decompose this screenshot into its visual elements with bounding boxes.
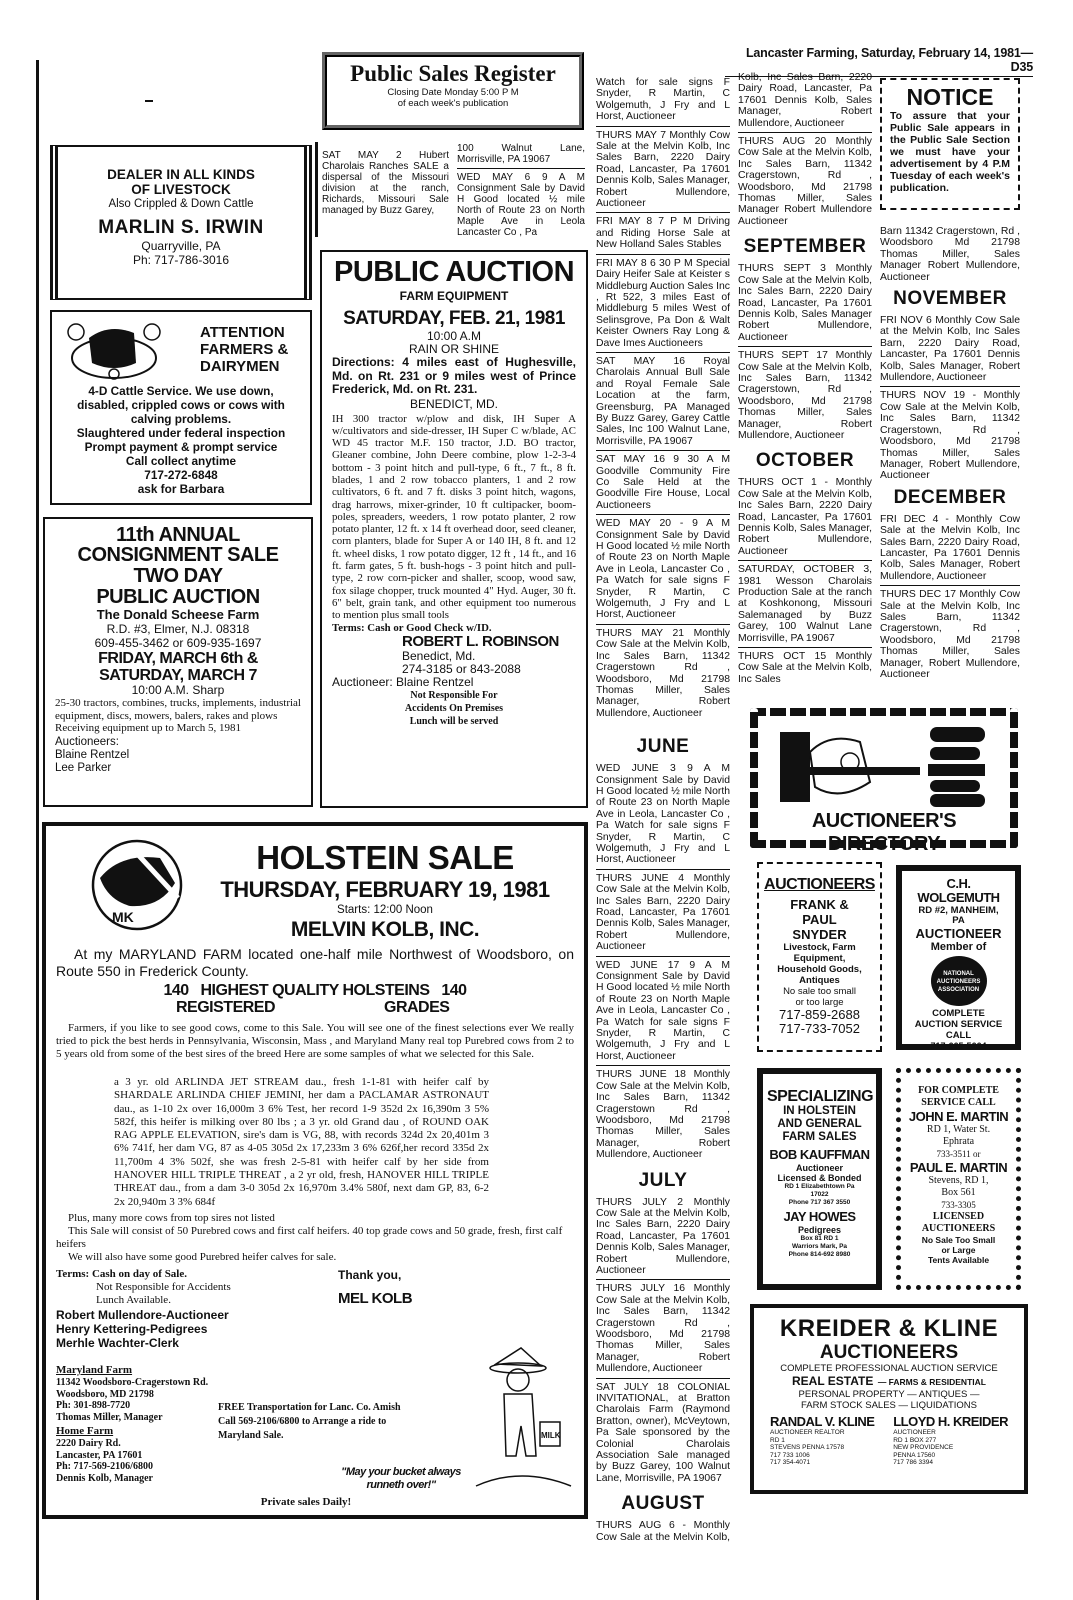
border-left	[750, 708, 758, 848]
page-left-rule	[36, 60, 39, 1600]
snyder-body-3: Antiques	[763, 975, 876, 986]
martin-name2: PAUL E. MARTIN	[905, 1160, 1012, 1175]
svg-text:MK: MK	[112, 909, 134, 925]
kk-sub: AUCTIONEERS	[762, 1342, 1016, 1363]
fe-h1: PUBLIC AUCTION	[332, 256, 576, 288]
kk-right-1: RD 1 BOX 277	[893, 1437, 1008, 1445]
register-closing-sub: of each week's publication	[327, 98, 579, 109]
irwin-name: MARLIN S. IRWIN	[72, 217, 290, 239]
directory-title: AUCTIONEER'S DIRECTORY	[760, 810, 1008, 856]
kauffman-h4: FARM SALES	[767, 1131, 872, 1144]
martin-lic1: LICENSED	[905, 1211, 1012, 1223]
irwin-phone: Ph: 717-786-3016	[72, 253, 290, 267]
month-heading-july: JULY	[596, 1164, 730, 1194]
snyder-n2: PAUL	[763, 912, 876, 927]
holstein-grades: GRADES	[384, 999, 449, 1017]
martin-phone2: 733-3305	[905, 1199, 1012, 1211]
register-entry: THURS MAY 7 Monthly Cow Sale at the Melv…	[596, 127, 730, 214]
kk-line2a: REAL ESTATE	[792, 1374, 873, 1388]
holstein-title: HOLSTEIN SALE	[196, 840, 574, 876]
consign-items: 25-30 tractors, combines, trucks, implem…	[55, 697, 301, 722]
kk-right-3: PENNA 17560	[893, 1452, 1008, 1460]
fe-items: IH 300 tractor w/plow and disk, IH Super…	[332, 413, 576, 622]
register-entry: FRI DEC 4 - Monthly Cow Sale at the Melv…	[880, 511, 1020, 586]
wolgemuth-addr2: PA	[906, 916, 1011, 926]
ad-martin-auctioneers: FOR COMPLETE SERVICE CALL JOHN E. MARTIN…	[896, 1068, 1021, 1290]
wolgemuth-c2: AUCTION SERVICE	[906, 1019, 1011, 1030]
register-title-box: Public Sales Register Closing Date Monda…	[322, 52, 584, 130]
holstein-private: Private sales Daily!	[226, 1496, 386, 1508]
consign-auct2: Lee Parker	[55, 762, 301, 775]
home-farm-label: Home Farm	[56, 1425, 208, 1438]
md-farm-2: Ph: 301-898-7720	[56, 1400, 208, 1412]
consign-receiving: Receiving equipment up to March 5, 1981	[55, 722, 301, 735]
consign-h1: 11th ANNUAL	[55, 525, 301, 545]
ad-snyder-auctioneers: AUCTIONEERS FRANK & PAUL SNYDER Livestoc…	[757, 862, 882, 1052]
fe-directions: Directions: 4 miles east of Hughesville,…	[332, 356, 576, 397]
holstein-quote: "May your bucket always runneth over!"	[336, 1466, 466, 1492]
register-entry: THURS OCT 1 - Monthly Cow Sale at the Me…	[738, 474, 872, 561]
holstein-company: MELVIN KOLB, INC.	[196, 918, 574, 942]
register-column-4: Kolb, Inc Sales Barn, 2220 Dairy Road, L…	[738, 72, 872, 688]
border-top	[750, 708, 1018, 716]
home-farm-3: Dennis Kolb, Manager	[56, 1473, 208, 1485]
martin-h1: FOR COMPLETE	[905, 1085, 1012, 1097]
holstein-staff-0: Robert Mullendore-Auctioneer	[56, 1308, 229, 1322]
irwin-city: Quarryville, PA	[72, 239, 290, 253]
holstein-intro: Farmers, if you like to see good cows, c…	[56, 1022, 574, 1061]
md-farm-3: Thomas Miller, Manager	[56, 1412, 208, 1424]
register-closing: Closing Date Monday 5:00 P M	[327, 87, 579, 98]
holstein-samples: a 3 yr. old ARLINDA JET STREAM dau., fre…	[114, 1076, 489, 1209]
register-entry: THURS SEPT 17 Monthly Cow Sale at the Me…	[738, 347, 872, 444]
consign-h3: TWO DAY	[55, 566, 301, 587]
kauffman-phone2: Phone 814-692 8980	[767, 1251, 872, 1259]
snyder-heading: AUCTIONEERS	[763, 876, 876, 894]
kk-left-3: 717 733 1006	[770, 1452, 874, 1460]
kk-right-name: LLOYD H. KREIDER	[893, 1414, 1008, 1429]
month-heading-november: NOVEMBER	[880, 286, 1020, 312]
md-farm-1: Woodsboro, MD 21798	[56, 1389, 208, 1401]
kauffman-name2: JAY HOWES	[767, 1209, 872, 1225]
cow-logo-icon	[64, 318, 164, 380]
register-entry: THURS JUNE 4 Monthly Cow Sale at the Mel…	[596, 870, 730, 957]
fe-h2: FARM EQUIPMENT	[332, 288, 576, 304]
kauffman-addr2: Box 81 RD 1	[767, 1235, 872, 1243]
register-entry: THURS NOV 19 - Monthly Cow Sale at the M…	[880, 387, 1020, 484]
register-entry: THURS AUG 6 - Monthly Cow Sale at the Me…	[596, 1517, 730, 1543]
month-heading-october: OCTOBER	[738, 444, 872, 474]
register-entry: Watch for sale signs F Snyder, R Martin,…	[596, 74, 730, 127]
holstein-date: THURSDAY, FEBRUARY 19, 1981	[196, 878, 574, 902]
home-farm-0: 2220 Dairy Rd.	[56, 1438, 208, 1450]
ad-kreider-kline: KREIDER & KLINE AUCTIONEERS COMPLETE PRO…	[750, 1304, 1028, 1494]
register-entry: THURS JUNE 18 Monthly Cow Sale at the Me…	[596, 1066, 730, 1163]
wolgemuth-phone: 717-665-5664	[906, 1041, 1011, 1051]
register-entry: Barn 11342 Cragerstown, Rd , Woodsboro M…	[880, 226, 1020, 286]
kauffman-name1: BOB KAUFFMAN	[767, 1147, 872, 1163]
martin-addr2: Stevens, RD 1,	[905, 1175, 1012, 1187]
consign-h2: CONSIGNMENT SALE	[55, 545, 301, 566]
irwin-line1: DEALER IN ALL KINDS	[72, 167, 290, 182]
holstein-registered: REGISTERED	[176, 999, 275, 1017]
attention-body-1: disabled, crippled cows or cows with	[56, 398, 306, 412]
kk-line3: PERSONAL PROPERTY — ANTIQUES —	[762, 1389, 1016, 1400]
martin-name1: JOHN E. MARTIN	[905, 1109, 1012, 1124]
attention-body-5: Call collect anytime	[56, 454, 306, 468]
wolgemuth-c1: COMPLETE	[906, 1008, 1011, 1019]
holstein-location: At my MARYLAND FARM located one-half mil…	[56, 946, 574, 980]
consign-auct1: Blaine Rentzel	[55, 749, 301, 762]
kauffman-phone1: Phone 717 367 3550	[767, 1199, 872, 1207]
gavel-hand-icon	[780, 722, 990, 807]
column-rule	[315, 142, 318, 237]
mk-logo-icon: MK	[90, 838, 185, 933]
snyder-body-2: Household Goods,	[763, 964, 876, 975]
md-farm-0: 11342 Woodsboro-Cragerstown Rd.	[56, 1377, 208, 1389]
consign-auct-label: Auctioneers:	[55, 736, 301, 749]
register-entry: WED JUNE 3 9 A M Consignment Sale by Dav…	[596, 760, 730, 870]
kauffman-h2: IN HOLSTEIN	[767, 1105, 872, 1118]
register-title: Public Sales Register	[327, 61, 579, 87]
fe-date: SATURDAY, FEB. 21, 1981	[332, 308, 576, 330]
ad-holstein-sale: MK HOLSTEIN SALE THURSDAY, FEBRUARY 19, …	[42, 822, 588, 1519]
register-entry: WED MAY 6 9 A M Consignment Sale by Davi…	[457, 169, 585, 241]
svg-text:MILK: MILK	[541, 1431, 561, 1440]
holstein-signature: MEL KOLB	[338, 1290, 412, 1307]
kauffman-zip1: 17022	[767, 1191, 872, 1199]
kk-right-2: NEW PROVIDENCE	[893, 1444, 1008, 1452]
snyder-n1: FRANK &	[763, 897, 876, 912]
kk-left-0: AUCTIONEER REALTOR	[770, 1429, 874, 1437]
attention-h2: FARMERS &	[200, 341, 288, 358]
martin-box2: Box 561	[905, 1187, 1012, 1199]
register-entry: THURS MAY 21 Monthly Cow Sale at the Mel…	[596, 625, 730, 722]
holstein-terms3: Lunch Available.	[56, 1294, 231, 1307]
consign-addr: R.D. #3, Elmer, N.J. 08318	[55, 622, 301, 636]
kk-left-1: RD 1	[770, 1437, 874, 1445]
kk-line2b: — FARMS & RESIDENTIAL	[878, 1377, 986, 1387]
consign-date2: SATURDAY, MARCH 7	[55, 667, 301, 684]
register-column-5: Barn 11342 Cragerstown, Rd , Woodsboro M…	[880, 226, 1020, 683]
fe-note3: Lunch will be served	[332, 715, 576, 728]
snyder-phone1: 717-859-2688	[763, 1008, 876, 1022]
consign-time: 10:00 A.M. Sharp	[55, 684, 301, 697]
border-right	[1010, 708, 1018, 848]
register-entry: SAT MAY 2 Hubert Charolais Ranches SALE …	[322, 150, 449, 216]
farmer-cartoon-icon: MILK	[466, 1346, 576, 1496]
attention-body-3: Slaughtered under federal inspection	[56, 426, 306, 440]
kk-line1: COMPLETE PROFESSIONAL AUCTION SERVICE	[762, 1363, 1016, 1374]
snyder-n3: SNYDER	[763, 927, 876, 942]
kk-title: KREIDER & KLINE	[762, 1316, 1016, 1342]
month-heading-december: DECEMBER	[880, 485, 1020, 511]
holstein-consist: This Sale will consist of 50 Purebred co…	[56, 1225, 574, 1251]
home-farm-1: Lancaster, PA 17601	[56, 1450, 208, 1462]
martin-h2: SERVICE CALL	[905, 1097, 1012, 1109]
snyder-body-0: Livestock, Farm	[763, 942, 876, 953]
fe-note2: Accidents On Premises	[332, 702, 576, 715]
ad-wolgemuth-auctioneer: C.H. WOLGEMUTH RD #2, MANHEIM, PA AUCTIO…	[896, 865, 1021, 1050]
kauffman-addr1: RD 1 Elizabethtown Pa	[767, 1183, 872, 1191]
holstein-thanks: Thank you,	[338, 1268, 401, 1282]
attention-body-7: ask for Barbara	[56, 482, 306, 496]
martin-addr1: RD 1, Water St.	[905, 1124, 1012, 1136]
irwin-line3: Also Crippled & Down Cattle	[72, 197, 290, 211]
kk-left-2: STEVENS PENNA 17578	[770, 1444, 874, 1452]
register-entry: THURS JULY 16 Monthly Cow Sale at the Me…	[596, 1280, 730, 1378]
wolgemuth-c3: CALL	[906, 1030, 1011, 1041]
register-entry: SATURDAY, OCTOBER 3, 1981 Wesson Charola…	[738, 561, 872, 648]
kauffman-h1: SPECIALIZING	[767, 1088, 872, 1105]
register-entry: THURS SEPT 3 Monthly Cow Sale at the Mel…	[738, 260, 872, 347]
kauffman-lic: Licensed & Bonded	[767, 1173, 872, 1183]
register-entry: FRI MAY 8 6 30 P M Special Dairy Heifer …	[596, 255, 730, 353]
consign-h4: PUBLIC AUCTION	[55, 587, 301, 608]
register-entry: THURS JULY 2 Monthly Cow Sale at the Mel…	[596, 1194, 730, 1281]
holstein-headline: 140 HIGHEST QUALITY HOLSTEINS 140	[56, 982, 574, 999]
ad-public-auction-farm-equipment: PUBLIC AUCTION FARM EQUIPMENT SATURDAY, …	[320, 250, 588, 808]
attention-body-2: calving problems.	[56, 412, 306, 426]
holstein-plus: Plus, many more cows from top sires not …	[56, 1212, 574, 1225]
kk-right-0: AUCTIONEER	[893, 1429, 1008, 1437]
register-entry: THURS OCT 15 Monthly Cow Sale at the Mel…	[738, 648, 872, 688]
register-entry: SAT MAY 16 Royal Charolais Annual Bull S…	[596, 353, 730, 451]
notice-title: NOTICE	[890, 84, 1010, 110]
ad-attention-farmers: ATTENTION FARMERS & DAIRYMEN 4-D Cattle …	[50, 310, 312, 505]
fe-auctioneer: Auctioneer: Blaine Rentzel	[332, 676, 576, 689]
month-heading-august: AUGUST	[596, 1487, 730, 1517]
register-column-3: Watch for sale signs F Snyder, R Martin,…	[596, 74, 730, 1543]
holstein-staff-1: Henry Kettering-Pedigrees	[56, 1322, 229, 1336]
wolgemuth-name: C.H. WOLGEMUTH	[906, 877, 1011, 905]
kk-left-4: 717 354-4071	[770, 1459, 874, 1467]
auctioneers-directory-banner: AUCTIONEER'S DIRECTORY	[750, 708, 1018, 848]
naa-seal-icon: NATIONAL AUCTIONEERS ASSOCIATION	[931, 956, 987, 1006]
kauffman-h3: AND GENERAL	[767, 1118, 872, 1131]
holstein-transport: FREE Transportation for Lanc. Co. Amish …	[218, 1401, 408, 1443]
notice-box: NOTICE To assure that your Public Sale a…	[880, 78, 1020, 210]
register-entry: FRI NOV 6 Monthly Cow Sale at the Melvin…	[880, 312, 1020, 387]
holstein-starts: Starts: 12:00 Noon	[196, 904, 574, 916]
register-entry: SAT JULY 18 COLONIAL INVITATIONAL, at Br…	[596, 1379, 730, 1488]
kauffman-role2: Pedigrees	[767, 1225, 872, 1235]
register-entry: SAT MAY 16 9 30 A M Goodville Community …	[596, 451, 730, 515]
register-entry: FRI MAY 8 7 P M Driving and Riding Horse…	[596, 213, 730, 254]
month-heading-september: SEPTEMBER	[738, 230, 872, 260]
register-entry: 100 Walnut Lane, Morrisville, PA 19067	[457, 143, 585, 169]
notice-body: To assure that your Public Sale appears …	[890, 110, 1010, 194]
md-farm-label: Maryland Farm	[56, 1364, 208, 1377]
kk-line4: FARM STOCK SALES — LIQUIDATIONS	[762, 1400, 1016, 1411]
martin-n2: or Large	[905, 1245, 1012, 1255]
martin-lic2: AUCTIONEERS	[905, 1223, 1012, 1235]
fe-place: BENEDICT, MD.	[332, 397, 576, 411]
martin-city1: Ephrata	[905, 1136, 1012, 1148]
kauffman-role1: Auctioneer	[767, 1163, 872, 1173]
month-heading-june: JUNE	[596, 730, 730, 760]
attention-body-0: 4-D Cattle Service. We use down,	[56, 384, 306, 398]
holstein-calves: We will also have some good Purebred hei…	[56, 1251, 574, 1264]
consign-farm: The Donald Scheese Farm	[55, 608, 301, 622]
snyder-phone2: 717-733-7052	[763, 1022, 876, 1036]
kauffman-city2: Warriors Mark, Pa	[767, 1243, 872, 1251]
register-entry: THURS AUG 20 Monthly Cow Sale at the Mel…	[738, 133, 872, 230]
stray-mark	[145, 100, 153, 102]
attention-h1: ATTENTION	[200, 324, 288, 341]
wolgemuth-member: Member of	[906, 941, 1011, 954]
martin-phone1: 733-3511 or	[905, 1148, 1012, 1160]
ad-consignment-sale: 11th ANNUAL CONSIGNMENT SALE TWO DAY PUB…	[43, 517, 313, 807]
snyder-note-0: No sale too small	[763, 986, 876, 997]
register-entry: THURS DEC 17 Monthly Cow Sale at the Mel…	[880, 586, 1020, 683]
ad-kauffman-holstein: SPECIALIZING IN HOLSTEIN AND GENERAL FAR…	[757, 1068, 882, 1290]
martin-n3: Tents Available	[905, 1255, 1012, 1265]
register-entry: WED MAY 20 - 9 A M Consignment Sale by D…	[596, 515, 730, 625]
attention-phone: 717-272-6848	[56, 468, 306, 482]
irwin-line2: OF LIVESTOCK	[72, 182, 290, 197]
holstein-staff-2: Merhle Wachter-Clerk	[56, 1336, 229, 1350]
ad-marlin-irwin: DEALER IN ALL KINDS OF LIVESTOCK Also Cr…	[50, 145, 312, 300]
register-entry: Kolb, Inc Sales Barn, 2220 Dairy Road, L…	[738, 72, 872, 133]
fe-owner: ROBERT L. ROBINSON	[402, 634, 576, 650]
home-farm-2: Ph: 717-569-2106/6800	[56, 1461, 208, 1473]
kk-left-name: RANDAL V. KLINE	[770, 1414, 874, 1429]
attention-h3: DAIRYMEN	[200, 358, 288, 375]
martin-n1: No Sale Too Small	[905, 1235, 1012, 1245]
snyder-body-1: Equipment,	[763, 953, 876, 964]
register-entry: WED JUNE 17 9 A M Consignment Sale by Da…	[596, 957, 730, 1067]
consign-phone: 609-455-3462 or 609-935-1697	[55, 636, 301, 650]
holstein-terms-label: Terms:	[56, 1268, 89, 1280]
fe-note1: Not Responsible For	[332, 689, 576, 702]
wolgemuth-role: AUCTIONEER	[906, 926, 1011, 941]
holstein-terms2: Not Responsible for Accidents	[56, 1281, 231, 1294]
attention-body-4: Prompt payment & prompt service	[56, 440, 306, 454]
holstein-terms1: Cash on day of Sale.	[92, 1268, 187, 1280]
consign-date1: FRIDAY, MARCH 6th &	[55, 650, 301, 667]
kk-right-4: 717 786 3394	[893, 1459, 1008, 1467]
